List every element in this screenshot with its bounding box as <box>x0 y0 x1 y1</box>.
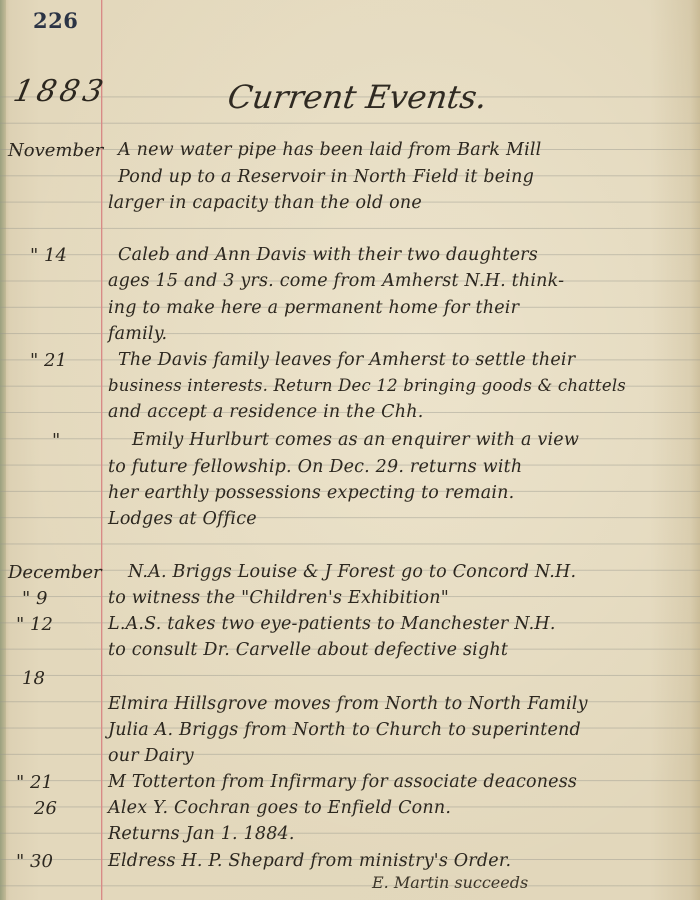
entry-line: to consult Dr. Carvelle about defective … <box>108 640 508 660</box>
entry-date: " 9 <box>22 588 114 609</box>
entry-line: M Totterton from Infirmary for associate… <box>108 772 577 792</box>
entry-date: " 14 <box>30 245 122 266</box>
entry-date: " 12 <box>16 614 108 635</box>
ledger-page: 226 1883 Current Events. November A new … <box>0 0 700 900</box>
entry-line: larger in capacity than the old one <box>108 193 422 213</box>
entry-line: Eldress H. P. Shepard from ministry's Or… <box>108 851 511 871</box>
entry-line: A new water pipe has been laid from Bark… <box>118 140 541 160</box>
entry-line: Returns Jan 1. 1884. <box>108 824 295 844</box>
entry-line: family. <box>108 324 167 344</box>
entry-line: Pond up to a Reservoir in North Field it… <box>118 167 534 187</box>
entry-line: L.A.S. takes two eye-patients to Manches… <box>108 614 556 634</box>
entry-date: November <box>8 140 100 161</box>
entry-line: Elmira Hillsgrove moves from North to No… <box>108 694 588 714</box>
entry-date: " <box>52 430 144 451</box>
entry-line: Emily Hurlburt comes as an enquirer with… <box>132 430 579 450</box>
entry-line: Caleb and Ann Davis with their two daugh… <box>118 245 538 265</box>
entry-line: her earthly possessions expecting to rem… <box>108 483 514 503</box>
page-number: 226 <box>33 8 78 33</box>
entry-line: to future fellowship. On Dec. 29. return… <box>108 457 522 477</box>
entry-line: Alex Y. Cochran goes to Enfield Conn. <box>108 798 451 818</box>
entry-line: our Dairy <box>108 746 194 766</box>
page-heading: Current Events. <box>225 78 489 116</box>
entry-line: and accept a residence in the Chh. <box>108 402 423 422</box>
entry-date: 18 <box>22 668 114 689</box>
entry-date: " 21 <box>16 772 108 793</box>
entry-line: ing to make here a permanent home for th… <box>108 298 519 318</box>
entry-date: December <box>8 562 100 583</box>
entry-line: The Davis family leaves for Amherst to s… <box>118 350 575 370</box>
entry-line: Lodges at Office <box>108 509 257 529</box>
entry-date: " 30 <box>16 851 108 872</box>
entry-line: to witness the "Children's Exhibition" <box>108 588 449 608</box>
entry-line: business interests. Return Dec 12 bringi… <box>108 376 626 395</box>
entry-line: ages 15 and 3 yrs. come from Amherst N.H… <box>108 271 564 291</box>
year-label: 1883 <box>10 74 110 109</box>
entry-date: " 21 <box>30 350 122 371</box>
succession-note: E. Martin succeeds <box>372 873 528 892</box>
entry-line: Julia A. Briggs from North to Church to … <box>108 720 581 740</box>
entry-line: N.A. Briggs Louise & J Forest go to Conc… <box>128 562 576 582</box>
